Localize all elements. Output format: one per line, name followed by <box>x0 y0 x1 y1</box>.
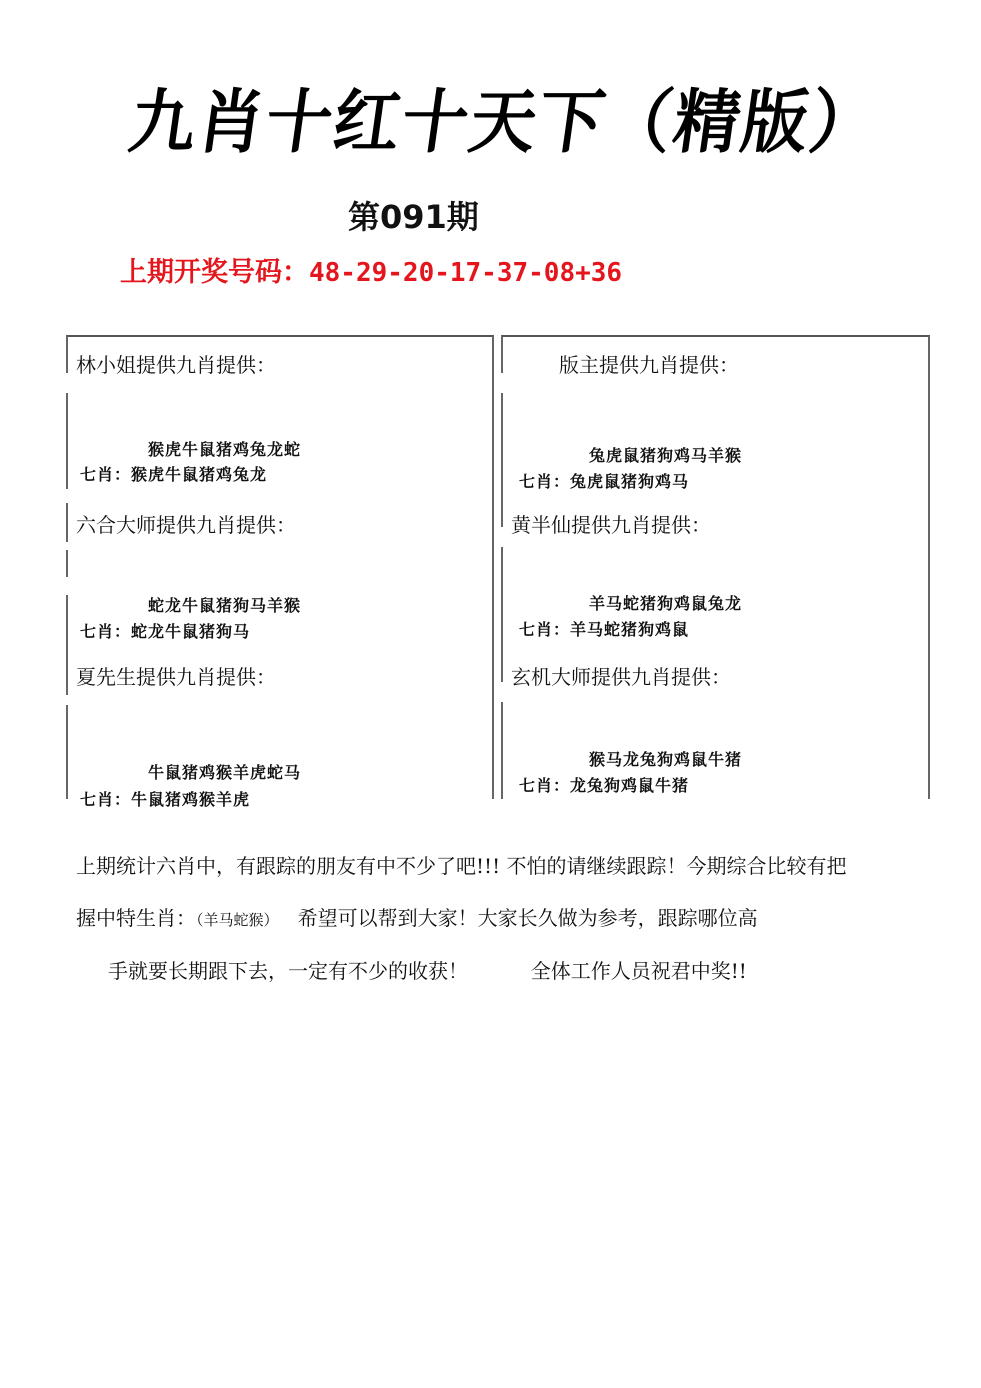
special-zodiac-pick: （羊马蛇猴） <box>196 911 279 929</box>
provider-header: 黄半仙提供九肖提供： <box>511 509 711 538</box>
left-panel: 林小姐提供九肖提供： 猴虎牛鼠猪鸡兔龙蛇 七肖：猴虎牛鼠猪鸡兔龙 六合大师提供九… <box>66 335 494 799</box>
border-gap <box>65 542 69 550</box>
notice-line-3-a: 手就要长期跟下去，一定有不少的收获！ <box>108 959 468 983</box>
border-gap <box>65 489 69 503</box>
notice-line-2: 握中特生肖：（羊马蛇猴） 希望可以帮到大家！大家长久做为参考，跟踪哪位高 <box>76 902 758 931</box>
right-panel: 版主提供九肖提供： 兔虎鼠猪狗鸡马羊猴 七肖：兔虎鼠猪狗鸡马 黄半仙提供九肖提供… <box>501 335 930 799</box>
seven-zodiac: 七肖：羊马蛇猪狗鸡鼠 <box>519 617 689 640</box>
provider-header: 玄机大师提供九肖提供： <box>511 661 731 690</box>
notice-line-3: 手就要长期跟下去，一定有不少的收获！ 全体工作人员祝君中奖!! <box>108 955 747 984</box>
nine-zodiac: 蛇龙牛鼠猪狗马羊猴 <box>148 593 301 616</box>
nine-zodiac: 兔虎鼠猪狗鸡马羊猴 <box>589 443 742 466</box>
nine-zodiac: 牛鼠猪鸡猴羊虎蛇马 <box>148 760 301 783</box>
seven-zodiac: 七肖：兔虎鼠猪狗鸡马 <box>519 469 689 492</box>
provider-header: 林小姐提供九肖提供： <box>76 349 276 378</box>
notice-line-1: 上期统计六肖中，有跟踪的朋友有中不少了吧!!! 不怕的请继续跟踪！今期综合比较有… <box>76 850 846 879</box>
last-draw-numbers: 48-29-20-17-37-08+36 <box>309 258 622 288</box>
nine-zodiac: 羊马蛇猪狗鸡鼠兔龙 <box>589 591 742 614</box>
banner-title: 九肖十红十天下（精版） <box>123 76 826 171</box>
last-draw-label: 上期开奖号码： <box>120 257 309 288</box>
notice-line-3-b: 全体工作人员祝君中奖!! <box>531 959 747 983</box>
seven-zodiac: 七肖：蛇龙牛鼠猪狗马 <box>80 619 250 642</box>
seven-zodiac: 七肖：龙兔狗鸡鼠牛猪 <box>519 773 689 796</box>
notice-line-2-b: 希望可以帮到大家！大家长久做为参考，跟踪哪位高 <box>298 906 758 930</box>
border-gap <box>65 577 69 595</box>
nine-zodiac: 猴马龙兔狗鸡鼠牛猪 <box>589 747 742 770</box>
seven-zodiac: 七肖：猴虎牛鼠猪鸡兔龙 <box>80 462 267 485</box>
provider-header: 版主提供九肖提供： <box>559 349 739 378</box>
notice-line-2-a: 握中特生肖： <box>76 906 196 930</box>
issue-number: 第091期 <box>348 192 479 238</box>
nine-zodiac: 猴虎牛鼠猪鸡兔龙蛇 <box>148 437 301 460</box>
provider-header: 夏先生提供九肖提供： <box>76 661 276 690</box>
provider-header: 六合大师提供九肖提供： <box>76 509 296 538</box>
seven-zodiac: 七肖：牛鼠猪鸡猴羊虎 <box>80 787 250 810</box>
border-gap <box>65 695 69 705</box>
border-gap <box>500 527 504 547</box>
border-gap <box>500 682 504 702</box>
last-draw: 上期开奖号码：48-29-20-17-37-08+36 <box>120 250 622 289</box>
border-gap <box>65 373 69 393</box>
border-gap <box>500 373 504 393</box>
